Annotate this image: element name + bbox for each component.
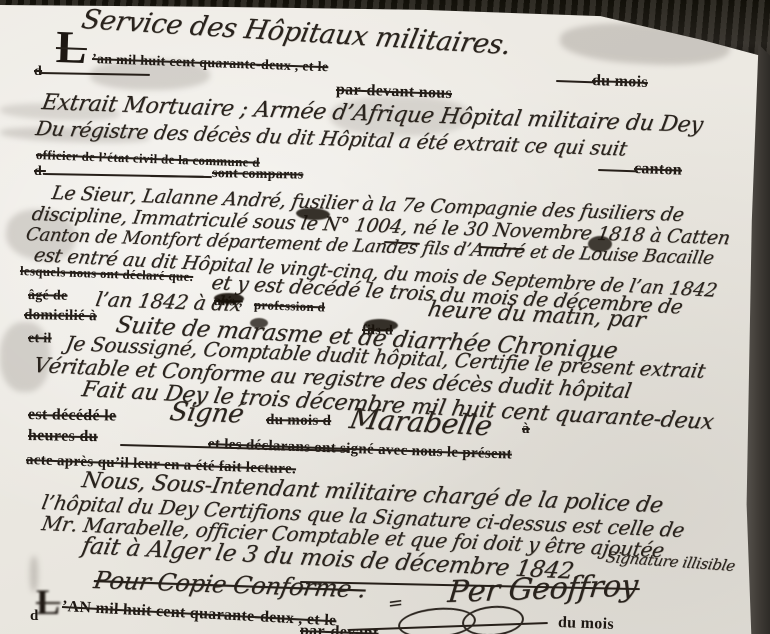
handwritten-line: Signé	[168, 399, 246, 427]
ink-blot	[588, 236, 612, 252]
handwritten-line: Pour Copie Conforme .	[92, 568, 368, 601]
printed-form-line: âgé de	[28, 289, 68, 304]
document-scan: Service des Hôpitaux militaires.L’an mil…	[0, 0, 770, 634]
printed-form-line: heures du	[28, 428, 98, 445]
handwritten-line: Marabelle	[347, 405, 494, 440]
strike-mark	[556, 80, 596, 83]
printed-form-line: sont comparus	[212, 167, 304, 183]
printed-form-line: canton	[634, 161, 683, 179]
printed-form-line: profession d	[254, 298, 326, 313]
printed-form-line: du mois	[592, 73, 648, 91]
handwritten-line: Service des Hôpitaux militaires.	[79, 6, 513, 59]
printed-form-line: à	[522, 422, 530, 437]
printed-form-line: L	[55, 24, 88, 71]
printed-form-line: d	[30, 609, 39, 624]
printed-form-line: du mois d	[266, 413, 331, 429]
ink-blot	[250, 318, 268, 328]
printed-form-line: est décédé le	[28, 407, 117, 425]
printed-form-line: domicilié à	[24, 308, 97, 324]
printed-form-line: et il	[28, 332, 52, 346]
strike-mark	[598, 169, 638, 172]
printed-form-line: du mois	[558, 615, 614, 633]
strike-mark	[150, 175, 212, 178]
ink-blot	[214, 293, 244, 305]
printed-form-line: L	[36, 584, 60, 620]
printed-form-line: ’AN mil huit cent quarante-deux , et le	[62, 599, 337, 629]
printed-form-line: d.	[34, 165, 46, 179]
scanner-edge-right-band	[744, 44, 770, 634]
handwritten-line: Per Geoffroy	[446, 571, 639, 608]
handwritten-line: =	[388, 594, 403, 614]
